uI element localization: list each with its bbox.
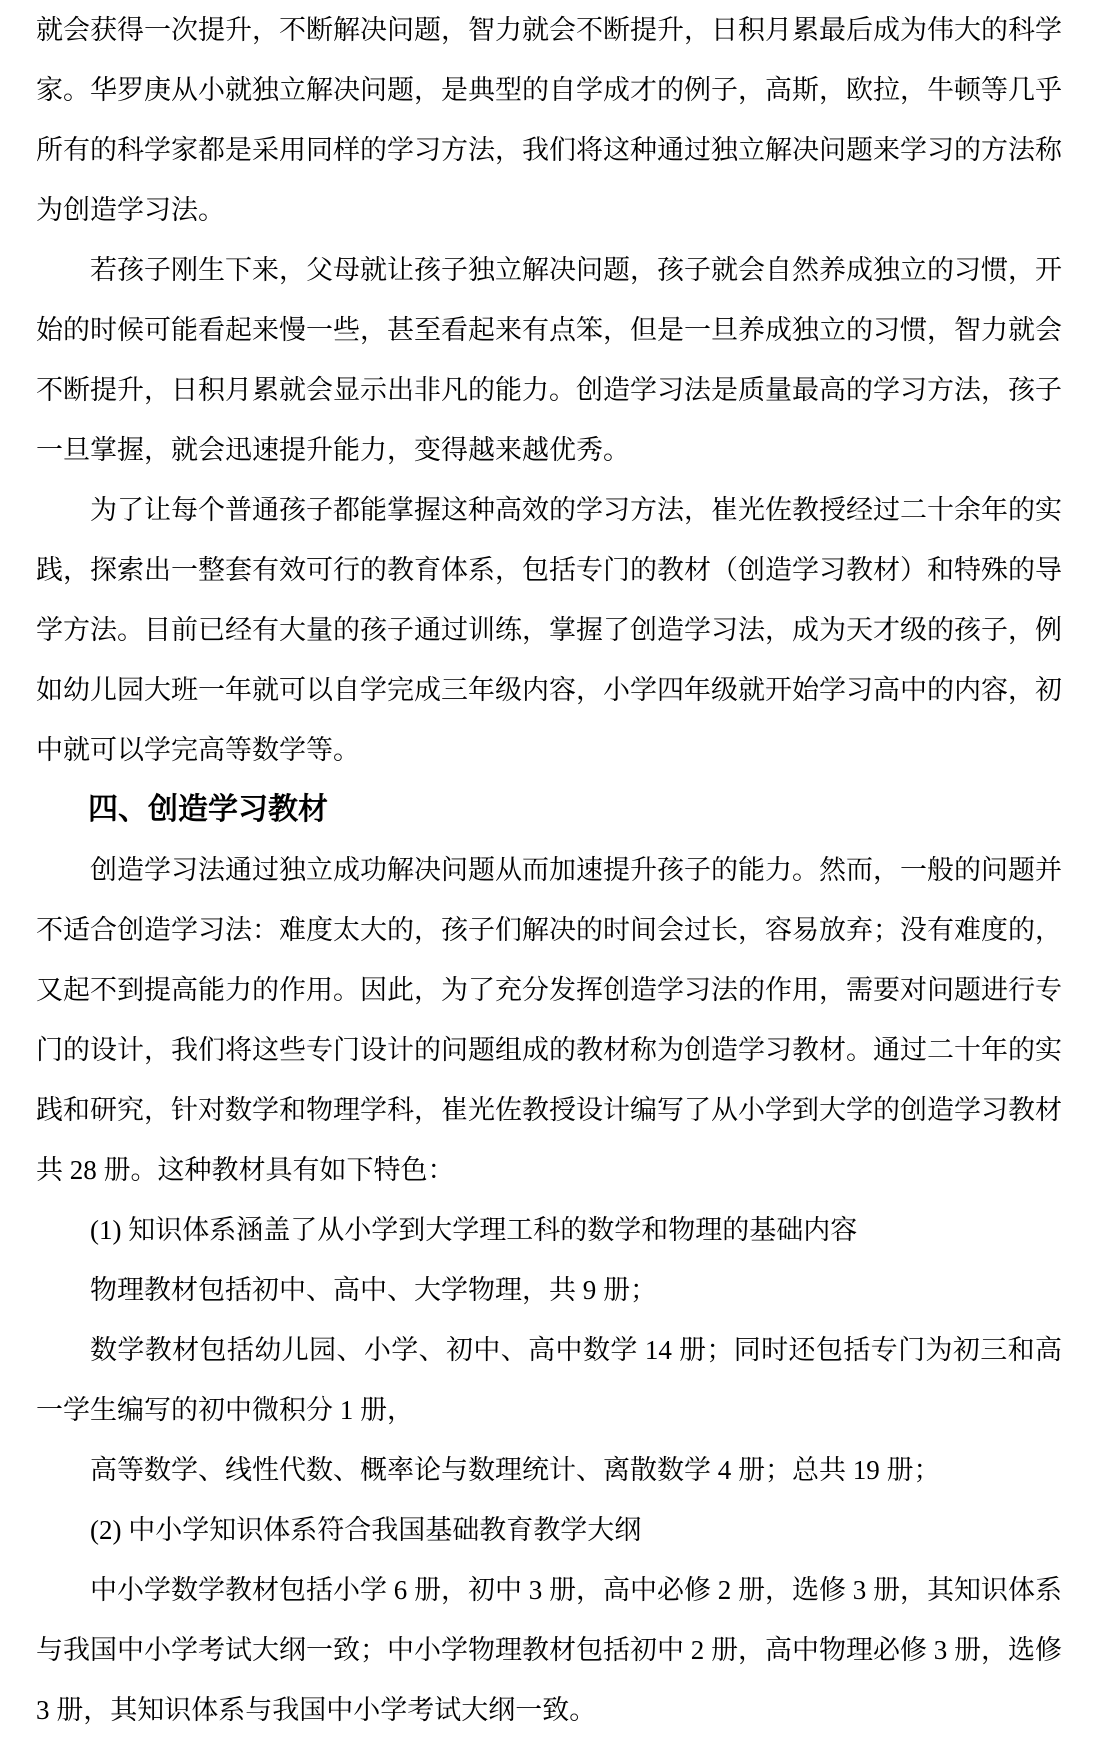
text-line: 又起不到提高能力的作用。因此，为了充分发挥创造学习法的作用，需要对问题进行专: [36, 960, 1062, 1020]
text-line: 家。华罗庚从小就独立解决问题，是典型的自学成才的例子，高斯，欧拉，牛顿等几乎: [36, 60, 1062, 120]
text-line: 所有的科学家都是采用同样的学习方法，我们将这种通过独立解决问题来学习的方法称: [36, 120, 1062, 180]
text-line: 为创造学习法。: [36, 180, 1062, 240]
text-line: 门的设计，我们将这些专门设计的问题组成的教材称为创造学习教材。通过二十年的实: [36, 1020, 1062, 1080]
text-line: 3 册，其知识体系与我国中小学考试大纲一致。: [36, 1680, 1062, 1740]
text-line: 如幼儿园大班一年就可以自学完成三年级内容，小学四年级就开始学习高中的内容，初: [36, 660, 1062, 720]
text-line: 高等数学、线性代数、概率论与数理统计、离散数学 4 册；总共 19 册；: [36, 1440, 1062, 1500]
text-line: 创造学习法通过独立成功解决问题从而加速提升孩子的能力。然而，一般的问题并: [36, 840, 1062, 900]
text-line: 中小学数学教材包括小学 6 册，初中 3 册，高中必修 2 册，选修 3 册，其…: [36, 1560, 1062, 1620]
text-line: 中就可以学完高等数学等。: [36, 720, 1062, 780]
text-line: 若孩子刚生下来，父母就让孩子独立解决问题，孩子就会自然养成独立的习惯，开: [36, 240, 1062, 300]
text-line: 不适合创造学习法：难度太大的，孩子们解决的时间会过长，容易放弃；没有难度的，: [36, 900, 1062, 960]
text-line: 始的时候可能看起来慢一些，甚至看起来有点笨，但是一旦养成独立的习惯，智力就会: [36, 300, 1062, 360]
section-heading: 四、创造学习教材: [36, 780, 1062, 840]
text-line: 学方法。目前已经有大量的孩子通过训练，掌握了创造学习法，成为天才级的孩子，例: [36, 600, 1062, 660]
text-line: 就会获得一次提升，不断解决问题，智力就会不断提升，日积月累最后成为伟大的科学: [36, 0, 1062, 60]
text-line: 践和研究，针对数学和物理学科，崔光佐教授设计编写了从小学到大学的创造学习教材: [36, 1080, 1062, 1140]
text-line: 不断提升，日积月累就会显示出非凡的能力。创造学习法是质量最高的学习方法，孩子: [36, 360, 1062, 420]
text-line: 一学生编写的初中微积分 1 册，: [36, 1380, 1062, 1440]
text-line: 物理教材包括初中、高中、大学物理，共 9 册；: [36, 1260, 1062, 1320]
text-line: 共 28 册。这种教材具有如下特色：: [36, 1140, 1062, 1200]
text-line: 与我国中小学考试大纲一致；中小学物理教材包括初中 2 册，高中物理必修 3 册，…: [36, 1620, 1062, 1680]
document-body: 就会获得一次提升，不断解决问题，智力就会不断提升，日积月累最后成为伟大的科学家。…: [36, 0, 1062, 1740]
text-line: 一旦掌握，就会迅速提升能力，变得越来越优秀。: [36, 420, 1062, 480]
document-page: 就会获得一次提升，不断解决问题，智力就会不断提升，日积月累最后成为伟大的科学家。…: [0, 0, 1100, 1740]
text-line: 为了让每个普通孩子都能掌握这种高效的学习方法，崔光佐教授经过二十余年的实: [36, 480, 1062, 540]
text-line: 数学教材包括幼儿园、小学、初中、高中数学 14 册；同时还包括专门为初三和高: [36, 1320, 1062, 1380]
text-line: (1) 知识体系涵盖了从小学到大学理工科的数学和物理的基础内容: [36, 1200, 1062, 1260]
text-line: 践，探索出一整套有效可行的教育体系，包括专门的教材（创造学习教材）和特殊的导: [36, 540, 1062, 600]
text-line: (2) 中小学知识体系符合我国基础教育教学大纲: [36, 1500, 1062, 1560]
